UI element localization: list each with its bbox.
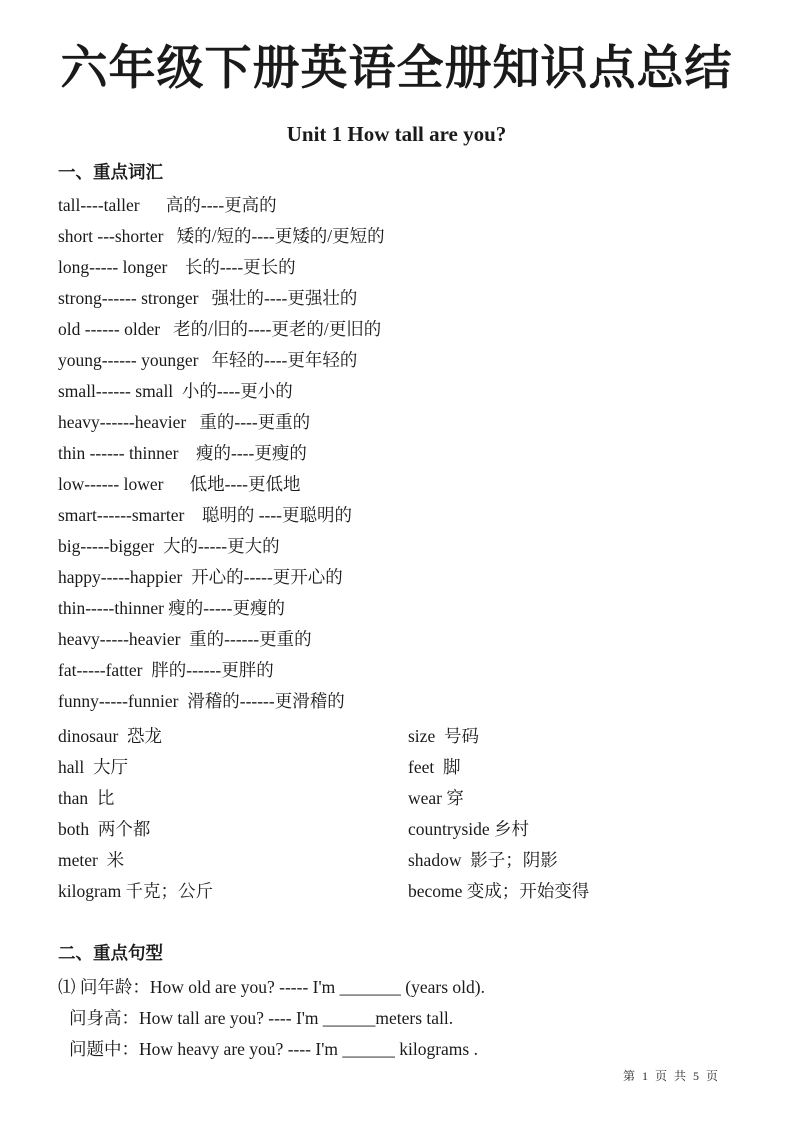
word-item: dinosaur 恐龙: [58, 721, 408, 752]
word-item: wear 穿: [408, 783, 735, 814]
vocab-comparative-line: heavy------heavier 重的----更重的: [58, 407, 735, 438]
word-item: feet 脚: [408, 752, 735, 783]
vocab-comparative-line: small------ small 小的----更小的: [58, 376, 735, 407]
section-heading-vocab: 一、重点词汇: [58, 159, 735, 184]
word-item: meter 米: [58, 845, 408, 876]
sentence-line: 问身高：How tall are you? ---- I'm ______met…: [58, 1003, 735, 1034]
unit-subtitle: Unit 1 How tall are you?: [58, 122, 735, 147]
page-footer: 第 1 页 共 5 页: [623, 1067, 720, 1084]
vocab-comparative-line: smart------smarter 聪明的 ----更聪明的: [58, 500, 735, 531]
word-item: hall 大厅: [58, 752, 408, 783]
word-item: kilogram 千克；公斤: [58, 876, 408, 907]
word-item: countryside 乡村: [408, 814, 735, 845]
sentence-pattern-list: ⑴ 问年龄：How old are you? ----- I'm _______…: [58, 972, 735, 1065]
vocab-comparative-line: tall----taller 高的----更高的: [58, 190, 735, 221]
vocab-comparative-line: strong------ stronger 强壮的----更强壮的: [58, 283, 735, 314]
vocab-comparative-line: thin ------ thinner 瘦的----更瘦的: [58, 438, 735, 469]
vocab-comparative-line: thin-----thinner 瘦的-----更瘦的: [58, 593, 735, 624]
document-page: 六年级下册英语全册知识点总结 Unit 1 How tall are you? …: [0, 0, 793, 1122]
vocab-comparative-line: heavy-----heavier 重的------更重的: [58, 624, 735, 655]
vocab-comparatives-list: tall----taller 高的----更高的 short ---shorte…: [58, 190, 735, 717]
vocab-comparative-line: old ------ older 老的/旧的----更老的/更旧的: [58, 314, 735, 345]
word-item: become 变成；开始变得: [408, 876, 735, 907]
document-title: 六年级下册英语全册知识点总结: [48, 40, 745, 96]
vocab-comparative-line: young------ younger 年轻的----更年轻的: [58, 345, 735, 376]
vocab-comparative-line: funny-----funnier 滑稽的------更滑稽的: [58, 686, 735, 717]
word-item: both 两个都: [58, 814, 408, 845]
vocab-comparative-line: happy-----happier 开心的-----更开心的: [58, 562, 735, 593]
sentence-line: 问题中：How heavy are you? ---- I'm ______ k…: [58, 1034, 735, 1065]
vocab-comparative-line: low------ lower 低地----更低地: [58, 469, 735, 500]
vocab-comparative-line: fat-----fatter 胖的------更胖的: [58, 655, 735, 686]
word-item: size 号码: [408, 721, 735, 752]
word-item: than 比: [58, 783, 408, 814]
vocab-comparative-line: long----- longer 长的----更长的: [58, 252, 735, 283]
word-item: shadow 影子；阴影: [408, 845, 735, 876]
section-heading-sentences: 二、重点句型: [58, 940, 735, 965]
vocab-comparative-line: short ---shorter 矮的/短的----更矮的/更短的: [58, 221, 735, 252]
vocab-word-grid: dinosaur 恐龙 size 号码 hall 大厅 feet 脚 than …: [58, 721, 735, 907]
sentence-line: ⑴ 问年龄：How old are you? ----- I'm _______…: [58, 972, 735, 1003]
vocab-comparative-line: big-----bigger 大的-----更大的: [58, 531, 735, 562]
